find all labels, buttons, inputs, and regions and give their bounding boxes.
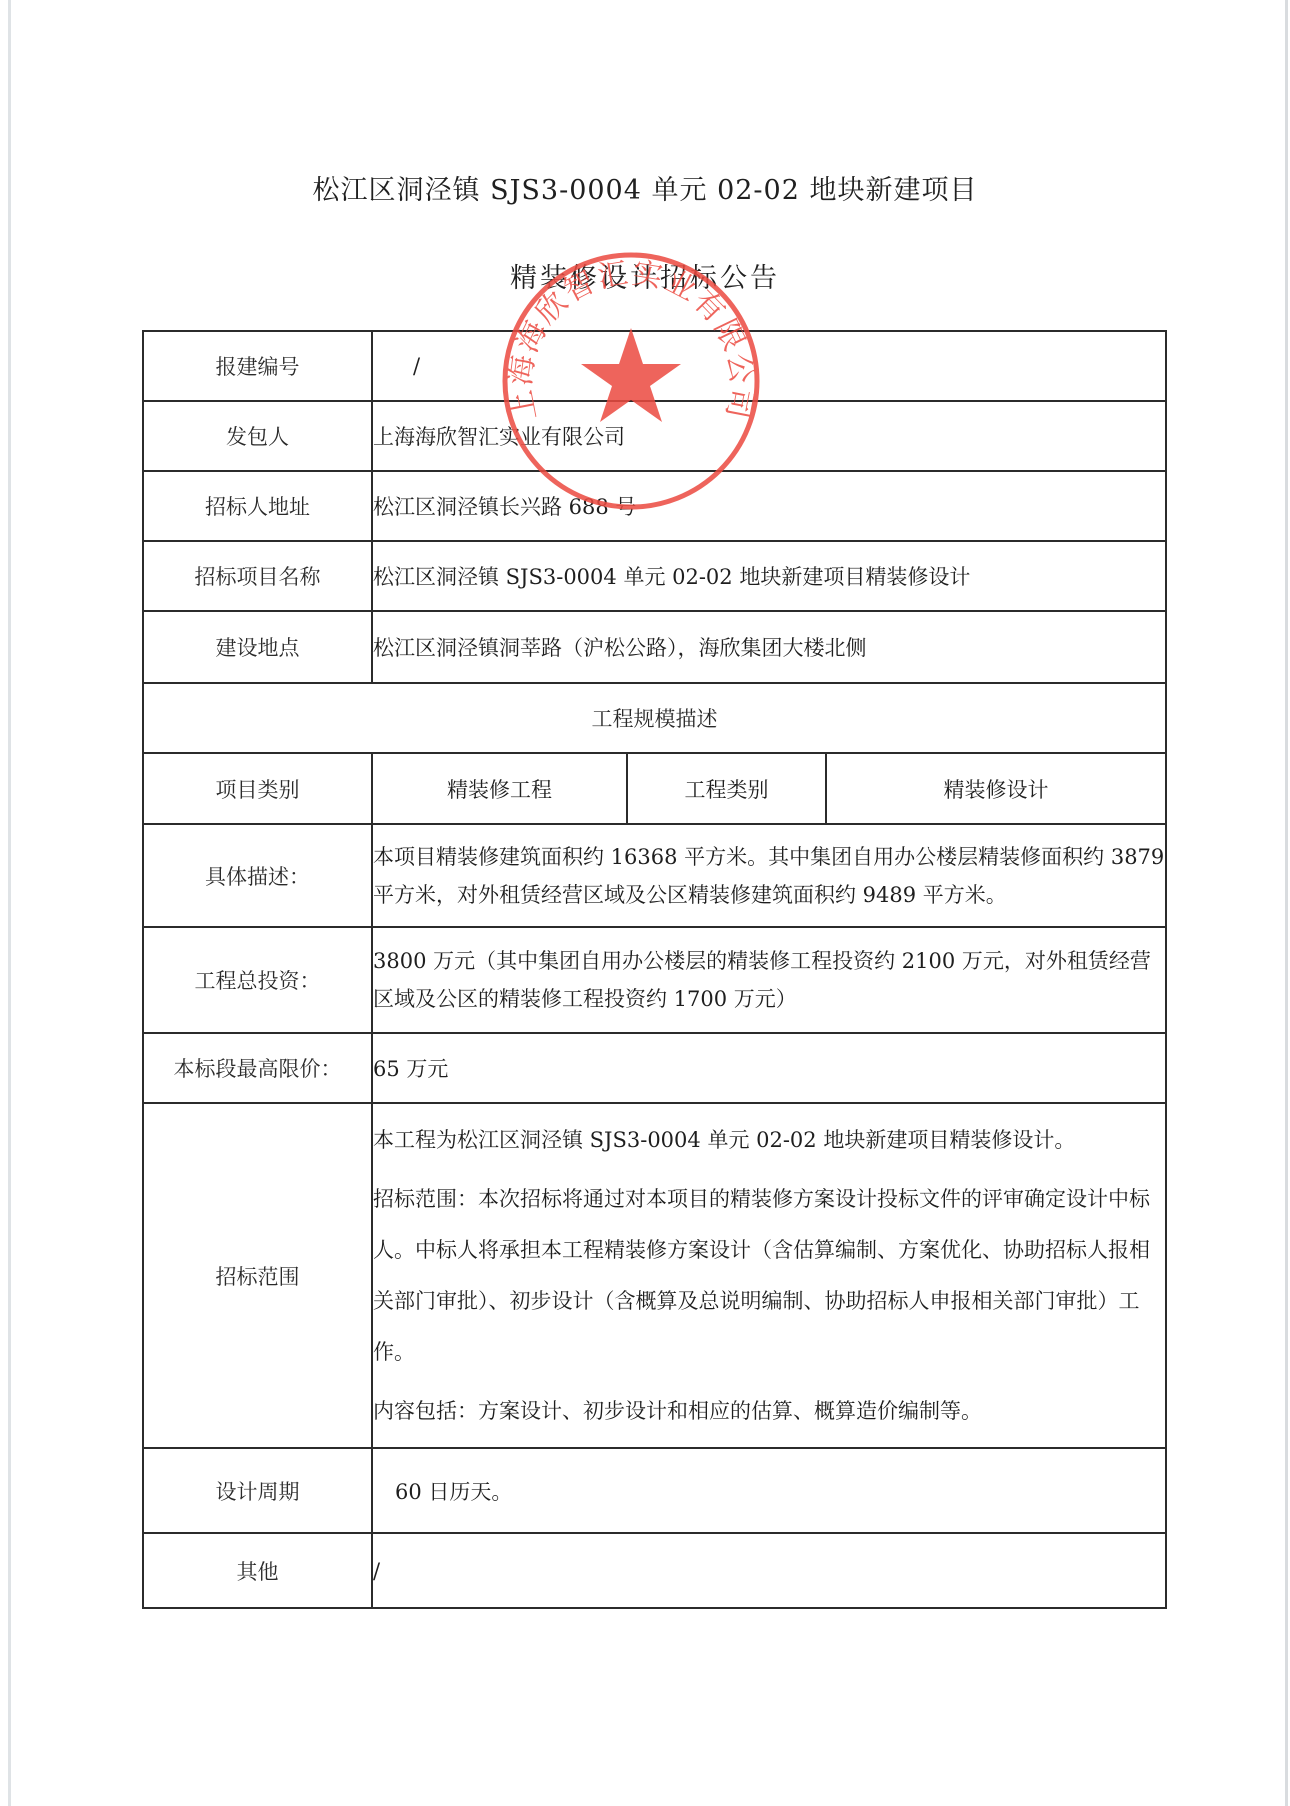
scope-paragraph: 招标范围：本次招标将通过对本项目的精装修方案设计投标文件的评审确定设计中标人。中… [373,1174,1165,1378]
tender-info-table: 报建编号 / 发包人 上海海欣智汇实业有限公司 招标人地址 松江区洞泾镇长兴路 … [142,330,1167,1609]
label-registration-no: 报建编号 [143,331,372,401]
table-row: 设计周期 60 日历天。 [143,1448,1166,1533]
value-other: / [372,1533,1166,1608]
label-tender-scope: 招标范围 [143,1103,372,1448]
label-contractor: 发包人 [143,401,372,471]
label-total-investment: 工程总投资： [143,927,372,1033]
table-row: 工程总投资： 3800 万元（其中集团自用办公楼层的精装修工程投资约 2100 … [143,927,1166,1033]
scope-paragraph: 本工程为松江区洞泾镇 SJS3-0004 单元 02-02 地块新建项目精装修设… [373,1115,1165,1166]
value-registration-no: / [372,331,1166,401]
table-row: 项目类别 精装修工程 工程类别 精装修设计 [143,753,1166,824]
label-project-category: 项目类别 [143,753,372,824]
scope-paragraph: 内容包括：方案设计、初步设计和相应的估算、概算造价编制等。 [373,1386,1165,1437]
value-project-category: 精装修工程 [372,753,627,824]
value-design-period: 60 日历天。 [372,1448,1166,1533]
table-row: 报建编号 / [143,331,1166,401]
table-row: 其他 / [143,1533,1166,1608]
table-row: 招标人地址 松江区洞泾镇长兴路 688 号 [143,471,1166,541]
document-title: 松江区洞泾镇 SJS3-0004 单元 02-02 地块新建项目 [0,168,1290,207]
label-project-name: 招标项目名称 [143,541,372,611]
value-construction-site: 松江区洞泾镇洞莘路（沪松公路），海欣集团大楼北侧 [372,611,1166,683]
table-row: 建设地点 松江区洞泾镇洞莘路（沪松公路），海欣集团大楼北侧 [143,611,1166,683]
table-row: 发包人 上海海欣智汇实业有限公司 [143,401,1166,471]
label-other: 其他 [143,1533,372,1608]
value-project-name: 松江区洞泾镇 SJS3-0004 单元 02-02 地块新建项目精装修设计 [372,541,1166,611]
value-description: 本项目精装修建筑面积约 16368 平方米。其中集团自用办公楼层精装修面积约 3… [372,824,1166,927]
value-engineering-category: 精装修设计 [826,753,1166,824]
document-subtitle: 精装修设计招标公告 [0,256,1290,295]
value-contractor: 上海海欣智汇实业有限公司 [372,401,1166,471]
label-design-period: 设计周期 [143,1448,372,1533]
table-row: 具体描述： 本项目精装修建筑面积约 16368 平方米。其中集团自用办公楼层精装… [143,824,1166,927]
label-tenderer-address: 招标人地址 [143,471,372,541]
table-row: 本标段最高限价： 65 万元 [143,1033,1166,1103]
label-max-price: 本标段最高限价： [143,1033,372,1103]
value-tender-scope: 本工程为松江区洞泾镇 SJS3-0004 单元 02-02 地块新建项目精装修设… [372,1103,1166,1448]
section-header-scale: 工程规模描述 [143,683,1166,753]
value-tenderer-address: 松江区洞泾镇长兴路 688 号 [372,471,1166,541]
value-max-price: 65 万元 [372,1033,1166,1103]
label-engineering-category: 工程类别 [627,753,826,824]
table-row: 招标范围 本工程为松江区洞泾镇 SJS3-0004 单元 02-02 地块新建项… [143,1103,1166,1448]
label-construction-site: 建设地点 [143,611,372,683]
table-row: 招标项目名称 松江区洞泾镇 SJS3-0004 单元 02-02 地块新建项目精… [143,541,1166,611]
value-total-investment: 3800 万元（其中集团自用办公楼层的精装修工程投资约 2100 万元，对外租赁… [372,927,1166,1033]
table-row: 工程规模描述 [143,683,1166,753]
label-description: 具体描述： [143,824,372,927]
